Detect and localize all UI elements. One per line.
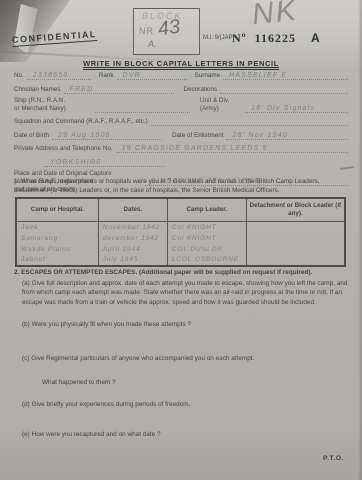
row-christian-decorations: Christian Names FRED Decorations <box>14 84 348 94</box>
row-address: Private Address and Telephone No. 19 CRA… <box>14 143 348 153</box>
christian-names-label: Christian Names <box>14 86 61 94</box>
ship-label: Ship (R.N., R.A.N.or Merchant Navy) <box>14 97 92 113</box>
leader-cell: Col KNIGHT <box>167 233 246 244</box>
stamp-block-letter: A. <box>148 39 157 49</box>
table-row[interactable]: Wakde Plains April 1944 COL DUNLOP . <box>16 244 345 255</box>
ship-field[interactable] <box>95 104 190 113</box>
squadron-field[interactable] <box>151 117 348 126</box>
question-2d: (d) Give briefly your experiences during… <box>14 400 348 409</box>
dates-cell: November 1942 <box>98 222 167 233</box>
rank-field[interactable]: DVR <box>117 71 187 80</box>
question-2b: (b) Were you physically fit when you mad… <box>14 320 348 329</box>
block-number-stamp: BLOCK NR 43 A. <box>133 8 200 55</box>
date-of-enlistment-label: Date of Enlistment <box>172 132 223 140</box>
surname-field[interactable]: HASSELIEF E <box>223 71 348 80</box>
leader-cell: Col KNIGHT <box>167 222 246 233</box>
no-label: No. <box>14 72 24 80</box>
christian-names-value: FRED <box>70 86 94 93</box>
dates-cell: december 1942 <box>98 233 167 244</box>
date-of-birth-value: 29 Aug 1906 <box>58 132 111 139</box>
camp-cell: Samarang <box>16 233 98 244</box>
squadron-label: Squadron and Command (R.A.F., R.A.A.F., … <box>14 118 148 126</box>
camps-table: Camp or Hospital. Dates. Camp Leader. De… <box>15 197 346 267</box>
row-no-rank-surname: No. 2338658 Rank DVR Surname HASSELIEF E <box>14 70 348 80</box>
stamp-no-label: NR <box>139 26 154 36</box>
unit-value: 18' Div Signals <box>251 105 315 112</box>
table-row[interactable]: Jabout July 1945 LCOL OSBOURNE <box>16 255 345 266</box>
address-value-line2: YORKSHIRE <box>50 159 102 166</box>
camp-cell: Wakde Plains <box>16 244 98 255</box>
col-camp-or-hospital: Camp or Hospital. <box>16 198 98 222</box>
pow-questionnaire-form: CONFIDENTIAL BLOCK NR 43 A. M.I. 9/(JAP)… <box>0 0 362 480</box>
address-value: 19 CRAGSIDE GARDENS LEEDS 5 <box>122 145 268 152</box>
table-row[interactable]: Java November 1942 Col KNIGHT <box>16 222 345 233</box>
question-2-title: 2. ESCAPES OR ATTEMPTED ESCAPES. (Additi… <box>14 268 348 277</box>
detachment-cell <box>246 255 345 266</box>
form-reference: M.I. 9/(JAP) <box>203 35 235 41</box>
detachment-cell <box>246 222 345 233</box>
rank-value: DVR <box>123 72 141 79</box>
serial-no-label: Nº <box>232 31 247 45</box>
decorations-label: Decorations <box>184 86 218 94</box>
christian-names-field[interactable]: FRED <box>64 85 174 94</box>
decorations-field[interactable] <box>220 85 348 94</box>
leader-cell: LCOL OSBOURNE <box>167 255 246 266</box>
table-row[interactable]: Samarang december 1942 Col KNIGHT <box>16 233 345 244</box>
address-label: Private Address and Telephone No. <box>14 145 113 153</box>
stamp-number-handwritten: 43 <box>157 16 182 42</box>
date-of-birth-label: Date of Birth <box>14 132 49 140</box>
row-dob-enlistment: Date of Birth 29 Aug 1906 Date of Enlist… <box>14 130 348 140</box>
question-2c-followup: What happened to them ? <box>14 378 348 387</box>
rank-label: Rank <box>99 72 114 80</box>
unit-label: Unit & Div.(Army) <box>200 97 242 113</box>
col-dates: Dates. <box>98 198 167 222</box>
camp-cell: Jabout <box>16 255 98 266</box>
row-squadron: Squadron and Command (R.A.F., R.A.A.F., … <box>14 116 348 126</box>
surname-value: HASSELIEF E <box>229 72 287 79</box>
dates-cell: July 1945 <box>98 255 167 266</box>
detachment-cell <box>246 233 345 244</box>
page-right-edge-shadow <box>358 0 362 480</box>
row-ship-unit: Ship (R.N., R.A.N.or Merchant Navy) Unit… <box>14 97 348 113</box>
unit-field[interactable]: 18' Div Signals <box>245 104 348 113</box>
pencil-annotation: NK <box>250 0 299 32</box>
col-detachment-leader: Detachment or Block Leader (if any). <box>246 198 345 222</box>
question-2a: (a) Give full description and approx. da… <box>14 279 348 307</box>
col-camp-leader: Camp Leader. <box>167 198 246 222</box>
series-letter: A <box>311 31 320 45</box>
question-1: 1. What camps, detachments or hospitals … <box>14 177 348 196</box>
question-2c: (c) Give Regimental particulars of anyon… <box>14 354 348 363</box>
dates-cell: April 1944 <box>98 244 167 255</box>
serial-number: Nº 116225 <box>232 31 296 46</box>
serial-value: 116225 <box>255 31 296 45</box>
address-field[interactable]: 19 CRAGSIDE GARDENS LEEDS 5 <box>116 144 348 153</box>
leader-cell: COL DUNLOP <box>167 244 246 255</box>
no-field[interactable]: 2338658 <box>27 71 91 80</box>
row-address-line2: YORKSHIRE <box>14 157 348 167</box>
address-field-line2[interactable]: YORKSHIRE <box>44 158 164 167</box>
form-instruction-heading: WRITE IN BLOCK CAPITAL LETTERS IN PENCIL <box>0 59 362 68</box>
detachment-cell: . <box>246 244 345 255</box>
date-of-birth-field[interactable]: 29 Aug 1906 <box>52 131 162 140</box>
surname-label: Surname <box>195 72 221 80</box>
question-2e: (e) How were you recaptured and on what … <box>14 430 348 439</box>
date-of-enlistment-field[interactable]: 28' Nov 1940 <box>226 131 348 140</box>
camp-cell: Java <box>16 222 98 233</box>
camps-table-header-row: Camp or Hospital. Dates. Camp Leader. De… <box>16 198 345 222</box>
no-value: 2338658 <box>33 72 69 79</box>
page-turn-over-note: P.T.O. <box>323 455 344 462</box>
date-of-enlistment-value: 28' Nov 1940 <box>232 132 287 139</box>
